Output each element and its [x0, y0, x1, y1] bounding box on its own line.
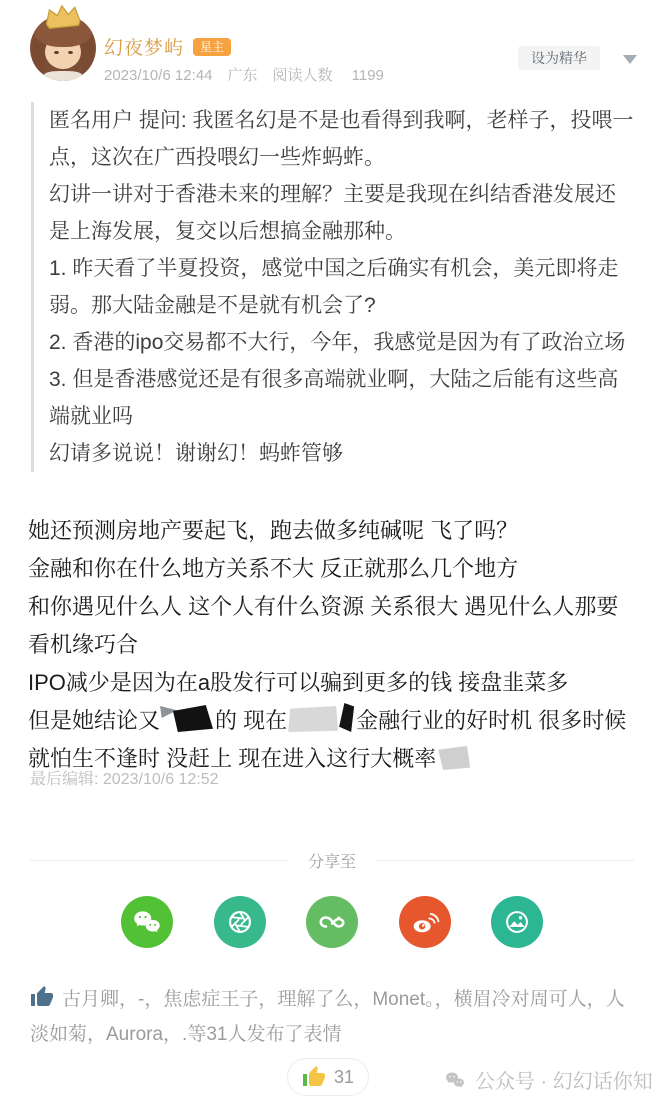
share-wechat-icon[interactable]	[121, 896, 173, 948]
like-button[interactable]: 31	[287, 1058, 369, 1096]
wechat-watermark-icon	[443, 1068, 467, 1092]
redaction-mark	[173, 705, 213, 732]
redaction-mark	[339, 703, 354, 732]
reaction-summary: 古月卿，-，焦虑症王子，理解了么，Monet。，横眉冷对周可人，人淡如菊，Aur…	[30, 984, 638, 1050]
post-footer: 31 公众号 · 幻幻话你知	[0, 1054, 664, 1110]
share-moments-icon[interactable]	[214, 896, 266, 948]
question-paragraph: 幻请多说说！谢谢幻！蚂蚱管够	[49, 435, 636, 472]
question-paragraph: 2. 香港的ipo交易都不大行，今年，我感觉是因为有了政治立场	[49, 324, 636, 361]
divider-line	[376, 860, 634, 861]
post-meta: 2023/10/6 12:44广东阅读人数 1199	[104, 64, 414, 85]
username[interactable]: 幻夜梦屿	[104, 33, 184, 60]
watermark: 公众号 · 幻幻话你知	[443, 1065, 653, 1094]
reaction-count-text: 等31人发布了表情	[187, 1024, 341, 1045]
share-icon-row	[121, 896, 543, 948]
set-digest-button[interactable]: 设为精华	[518, 46, 600, 70]
location: 广东	[227, 67, 257, 84]
like-count: 31	[334, 1067, 354, 1088]
share-planet-icon[interactable]	[306, 896, 358, 948]
share-divider: 分享至	[30, 849, 634, 872]
question-intro: 匿名用户 提问: 我匿名幻是不是也看得到我啊，老样子，投喂一点，这次在广西投喂幻…	[49, 102, 636, 176]
answer-text: 她还预测房地产要起飞，跑去做多纯碱呢 飞了吗？ 金融和你在什么地方关系不大 反正…	[28, 512, 640, 778]
question-paragraph: 3. 但是香港感觉还是有很多高端就业啊，大陆之后能有这些高端就业吗	[49, 361, 636, 435]
redaction-mark	[438, 746, 470, 770]
share-save-image-icon[interactable]	[491, 896, 543, 948]
owner-badge: 星主	[193, 38, 231, 56]
asker-name: 匿名用户	[49, 109, 133, 132]
answer-paragraph: 金融和你在什么地方关系不大 反正就那么几个地方	[28, 550, 640, 588]
crown-icon	[41, 1, 83, 31]
post-header: 幻夜梦屿 星主 2023/10/6 12:44广东阅读人数 1199 设为精华	[0, 12, 664, 100]
divider-line	[30, 860, 288, 861]
like-emoji-icon	[302, 1065, 326, 1089]
answer-paragraph: IPO减少是因为在a股发行可以骗到更多的钱 接盘韭菜多	[28, 664, 640, 702]
quoted-question: 匿名用户 提问: 我匿名幻是不是也看得到我啊，老样子，投喂一点，这次在广西投喂幻…	[31, 102, 636, 472]
timestamp: 2023/10/6 12:44	[104, 67, 212, 84]
ask-label: 提问:	[139, 109, 187, 132]
answer-paragraph: 她还预测房地产要起飞，跑去做多纯碱呢 飞了吗？	[28, 512, 640, 550]
watermark-text: 公众号 · 幻幻话你知	[475, 1065, 653, 1094]
answer-paragraph: 和你遇见什么人 这个人有什么资源 关系很大 遇见什么人那要看机缘巧合	[28, 588, 640, 664]
post-page: 幻夜梦屿 星主 2023/10/6 12:44广东阅读人数 1199 设为精华 …	[0, 0, 664, 1118]
question-paragraph: 1. 昨天看了半夏投资，感觉中国之后确实有机会，美元即将走弱。那大陆金融是不是就…	[49, 250, 636, 324]
avatar[interactable]	[30, 15, 96, 81]
thumbs-up-icon	[30, 985, 54, 1019]
share-weibo-icon[interactable]	[399, 896, 451, 948]
chevron-down-icon[interactable]	[623, 55, 637, 64]
last-edited: 最后编辑: 2023/10/6 12:52	[30, 766, 219, 789]
read-count: 阅读人数 1199	[272, 67, 398, 84]
share-title: 分享至	[308, 849, 356, 872]
question-paragraph: 幻讲一讲对于香港未来的理解？主要是我现在纠结香港发展还是上海发展，复交以后想搞金…	[49, 176, 636, 250]
redaction-mark	[288, 706, 338, 732]
